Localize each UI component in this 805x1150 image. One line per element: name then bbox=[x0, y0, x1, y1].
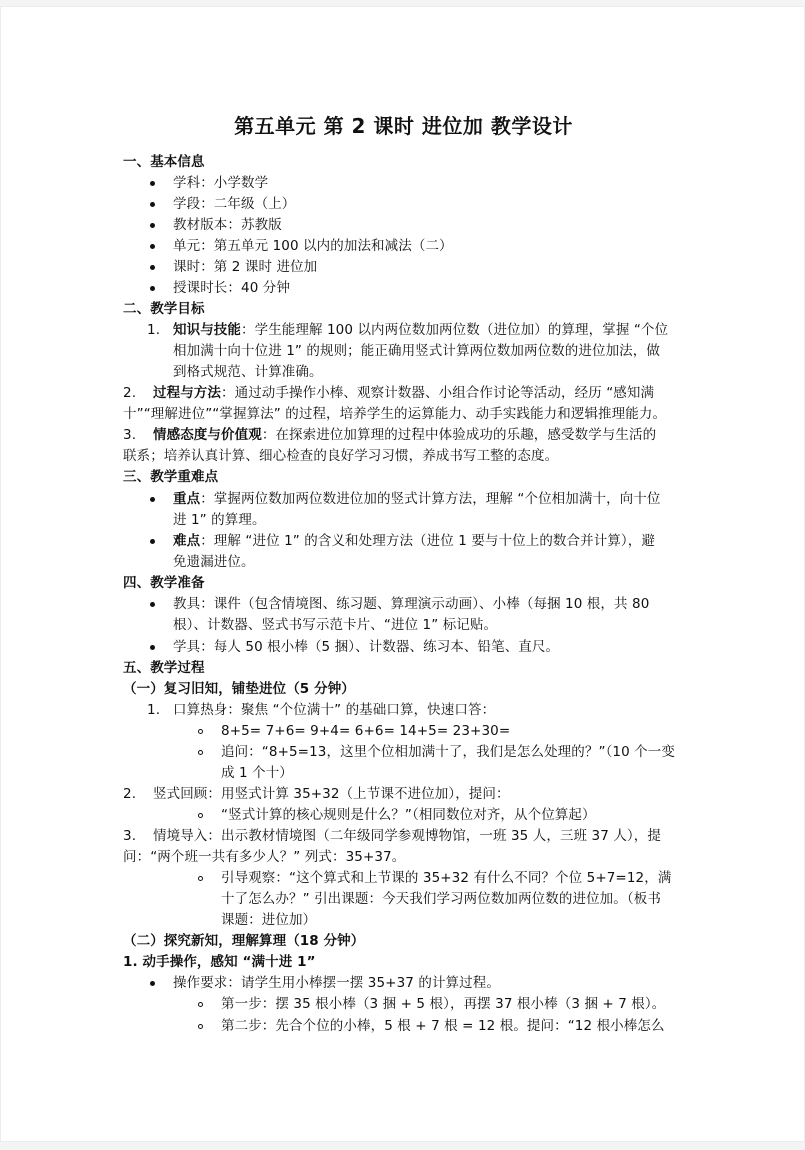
section-heading-process: 五、教学过程 bbox=[123, 658, 205, 679]
preparation-student-line: 学具：每人 50 根小棒（5 捆）、计数器、练习本、铅笔、直尺。 bbox=[173, 637, 559, 658]
objective-attitude-line: 情感态度与价值观：在探索进位加算理的过程中体验成功的乐趣，感受数学与生活的 bbox=[153, 425, 656, 446]
guide-observe-line: 引导观察：“这个算式和上节课的 35+32 有什么不同？个位 5+7=12，满 bbox=[221, 868, 671, 889]
objective-label: 知识与技能 bbox=[173, 322, 241, 338]
bullet-circle-icon bbox=[198, 1016, 203, 1037]
difficulty-label: 难点 bbox=[173, 533, 200, 549]
difficulty-line: 难点：理解 “进位 1” 的含义和处理方法（进位 1 要与十位上的数合并计算），… bbox=[173, 531, 655, 552]
preparation-teacher-line: 教具：课件（包含情境图、练习题、算理演示动画）、小棒（每捆 10 根，共 80 bbox=[173, 594, 649, 615]
bullet-circle-icon bbox=[198, 868, 203, 889]
section-heading-key-points: 三、教学重难点 bbox=[123, 467, 218, 488]
objective-knowledge-line: 到格式规范、计算准确。 bbox=[173, 362, 323, 383]
operation-requirement: 操作要求：请学生用小棒摆一摆 35+37 的计算过程。 bbox=[173, 973, 500, 994]
basic-info-item: 单元：第五单元 100 以内的加法和减法（二） bbox=[173, 236, 453, 257]
vertical-rule-question: “竖式计算的核心规则是什么？”（相同数位对齐，从个位算起） bbox=[221, 805, 596, 826]
operation-step-1: 第一步：摆 35 根小棒（3 捆 + 5 根），再摆 37 根小棒（3 捆 + … bbox=[221, 994, 665, 1015]
bullet-disc-icon bbox=[150, 531, 155, 552]
objective-number: 1. bbox=[147, 320, 160, 341]
objective-process-line: 十”“理解进位”“掌握算法” 的过程，培养学生的运算能力、动手实践能力和逻辑推理… bbox=[123, 404, 666, 425]
step-number: 1. bbox=[147, 700, 160, 721]
guide-observe-line: 十了怎么办？” 引出课题：今天我们学习两位数加两位数的进位加。（板书 bbox=[221, 889, 661, 910]
basic-info-item: 学科：小学数学 bbox=[173, 173, 268, 194]
basic-info-item: 课时：第 2 课时 进位加 bbox=[173, 257, 317, 278]
key-point-line: 重点：掌握两位数加两位数进位加的竖式计算方法，理解 “个位相加满十，向十位 bbox=[173, 489, 661, 510]
bullet-circle-icon bbox=[198, 805, 203, 826]
step1-text: 口算热身：聚焦 “个位满十” 的基础口算，快速口答： bbox=[173, 700, 495, 721]
objective-attitude-line: 联系；培养认真计算、细心检查的良好学习习惯，养成书写工整的态度。 bbox=[123, 446, 558, 467]
bullet-circle-icon bbox=[198, 721, 203, 742]
objective-process-line: 过程与方法：通过动手操作小棒、观察计数器、小组合作讨论等活动，经历 “感知满 bbox=[153, 383, 654, 404]
preparation-teacher-line: 根）、计数器、竖式书写示范卡片、“进位 1” 标记贴。 bbox=[173, 615, 497, 636]
objective-number: 3. bbox=[123, 425, 136, 446]
step3-line: 问：“两个班一共有多少人？” 列式：35+37。 bbox=[123, 847, 405, 868]
bullet-disc-icon bbox=[150, 594, 155, 615]
document-title: 第五单元 第 2 课时 进位加 教学设计 bbox=[1, 111, 805, 141]
section-heading-objectives: 二、教学目标 bbox=[123, 299, 205, 320]
basic-info-item: 教材版本：苏教版 bbox=[173, 215, 282, 236]
process-part2-subheading: 1. 动手操作，感知 “满十进 1” bbox=[123, 952, 316, 973]
key-point-line: 进 1” 的算理。 bbox=[173, 510, 266, 531]
section-heading-preparation: 四、教学准备 bbox=[123, 573, 205, 594]
bullet-disc-icon bbox=[150, 489, 155, 510]
difficulty-line: 免遗漏进位。 bbox=[173, 552, 255, 573]
follow-up-question: 成 1 个十） bbox=[221, 763, 293, 784]
objective-label: 过程与方法 bbox=[153, 385, 221, 401]
objective-knowledge-line: 知识与技能：学生能理解 100 以内两位数加两位数（进位加）的算理，掌握 “个位 bbox=[173, 320, 685, 341]
step2-text: 竖式回顾：用竖式计算 35+32（上节课不进位加），提问： bbox=[153, 784, 510, 805]
key-point-label: 重点 bbox=[173, 491, 200, 507]
bullet-disc-icon bbox=[150, 257, 155, 278]
objective-knowledge-line: 相加满十向十位进 1” 的规则；能正确用竖式计算两位数加两位数的进位加法，做 bbox=[173, 341, 660, 362]
bullet-disc-icon bbox=[150, 236, 155, 257]
oral-calc-list: 8+5= 7+6= 9+4= 6+6= 14+5= 23+30= bbox=[221, 721, 510, 742]
bullet-circle-icon bbox=[198, 994, 203, 1015]
section-heading-basic-info: 一、基本信息 bbox=[123, 152, 205, 173]
bullet-disc-icon bbox=[150, 215, 155, 236]
step-number: 3. bbox=[123, 826, 136, 847]
basic-info-item: 授课时长：40 分钟 bbox=[173, 278, 290, 299]
process-part1-heading: （一）复习旧知，铺垫进位（5 分钟） bbox=[123, 679, 355, 700]
bullet-disc-icon bbox=[150, 194, 155, 215]
bullet-disc-icon bbox=[150, 637, 155, 658]
step-number: 2. bbox=[123, 784, 136, 805]
bullet-disc-icon bbox=[150, 973, 155, 994]
basic-info-item: 学段：二年级（上） bbox=[173, 194, 295, 215]
document-page: 第五单元 第 2 课时 进位加 教学设计 一、基本信息 学科：小学数学 学段：二… bbox=[0, 6, 805, 1142]
objective-number: 2. bbox=[123, 383, 136, 404]
follow-up-question: 追问：“8+5=13，这里个位相加满十了，我们是怎么处理的？”（10 个一变 bbox=[221, 742, 675, 763]
bullet-disc-icon bbox=[150, 173, 155, 194]
objective-label: 情感态度与价值观 bbox=[153, 427, 262, 443]
bullet-disc-icon bbox=[150, 278, 155, 299]
guide-observe-line: 课题：进位加） bbox=[221, 910, 316, 931]
operation-step-2: 第二步：先合个位的小棒，5 根 + 7 根 = 12 根。提问：“12 根小棒怎… bbox=[221, 1016, 665, 1037]
bullet-circle-icon bbox=[198, 742, 203, 763]
step3-line: 情境导入：出示教材情境图（二年级同学参观博物馆，一班 35 人，三班 37 人）… bbox=[153, 826, 661, 847]
process-part2-heading: （二）探究新知，理解算理（18 分钟） bbox=[123, 931, 364, 952]
